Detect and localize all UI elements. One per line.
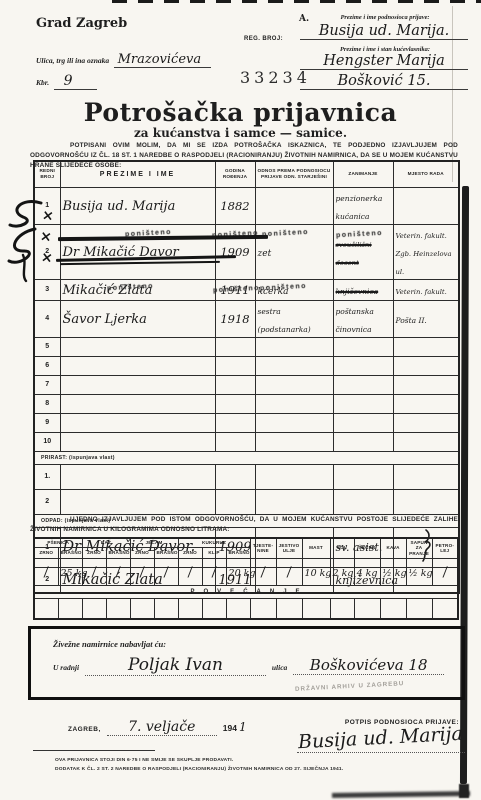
empty-cell: [255, 337, 333, 356]
archive-stamp: DRŽAVNI ARHIV U ZAGREBU: [295, 680, 404, 693]
workplace-cell: Veterin. fakult. Zgb. Heinzelova ul.: [393, 224, 459, 279]
empty-cell: [393, 489, 459, 514]
empty-cell: [393, 337, 459, 356]
col-header-redni-broj: REDNI BROJ: [34, 161, 60, 187]
value-cell: /: [82, 558, 106, 585]
date-handwritten: 7. veljače: [107, 719, 217, 736]
supply-value: /: [211, 564, 217, 579]
supply-value: /: [115, 564, 121, 579]
workplace-cell: [393, 187, 459, 224]
empty-cell: [333, 413, 393, 432]
ulica-label: ulica: [272, 663, 287, 672]
empty-cell: [60, 375, 215, 394]
prirast-section-row: PRIRAST: (ispunjava vlast): [34, 451, 459, 464]
street-value: Mrazovićeva: [114, 52, 212, 68]
empty-cell: [333, 489, 393, 514]
empty-cell: [215, 375, 255, 394]
col-sub-zrno: ZRNO: [34, 547, 58, 558]
col-header-godina: GODINA ROĐENJA: [215, 161, 255, 187]
empty-cell: [255, 375, 333, 394]
col-header-mast: MAST: [302, 538, 330, 558]
occupation-cell: penzionerka kućanica: [333, 187, 393, 224]
empty-cell: [393, 356, 459, 375]
ration-form-page: Grad Zagreb Ulica, trg ili ina oznaka Mr…: [0, 0, 481, 800]
empty-cell: [215, 413, 255, 432]
empty-cell: [58, 598, 82, 619]
empty-cell: [154, 598, 178, 619]
footnote-rule: [33, 750, 155, 751]
u-radnji-label: U radnji: [53, 663, 79, 672]
relation: sestra (podstanarka): [258, 307, 311, 334]
col-sub-zrno: ZRNO: [178, 547, 202, 558]
occupation: književnica: [336, 287, 379, 296]
empty-cell: [255, 356, 333, 375]
supply-value: ½ kg: [383, 568, 407, 579]
year-handwritten: 1: [239, 720, 247, 734]
table-row: 3 Mikačić Zlata poništeno 1911 poništeno…: [34, 279, 459, 300]
col-header-petrolej: PETRO- LEJ: [432, 538, 458, 558]
workplace-cell: Veterin. fakult.: [393, 279, 459, 300]
supply-value: /: [91, 564, 97, 579]
col-header-prezime-ime: PREZIME I IME: [60, 161, 215, 187]
value-cell: 20 kg: [226, 558, 250, 585]
empty-cell: [393, 413, 459, 432]
supply-value: /: [139, 564, 145, 579]
row-number: 9: [34, 413, 60, 432]
empty-cell: [333, 337, 393, 356]
supply-value: 10 kg: [305, 568, 332, 579]
name-cell: Busija ud. Marija: [60, 187, 215, 224]
value-cell: /: [432, 558, 458, 585]
col-group-raz: RAŽ: [82, 538, 130, 547]
birth-year: 1911: [220, 283, 249, 297]
value-cell: 4 kg: [354, 558, 380, 585]
workplace: Pošta II.: [396, 316, 427, 325]
empty-cell: [82, 598, 106, 619]
table-row: 2 Dr Mikačić Davor poništeno 1909 poništ…: [34, 224, 459, 279]
table-row: 1.: [34, 464, 459, 489]
empty-cell: [276, 598, 302, 619]
empty-cell: [333, 464, 393, 489]
occupation-cell: književnica: [333, 279, 393, 300]
name-cell: Dr Mikačić Davor poništeno: [60, 224, 215, 279]
empty-cell: [250, 598, 276, 619]
footnote-regulation: DODATAK K ČL. 2 ST. 2 NAREDBE O RASPODJE…: [55, 765, 420, 774]
empty-cell: [333, 356, 393, 375]
value-cell: /: [154, 558, 178, 585]
person-name: Šavor Ljerka: [63, 312, 147, 327]
year-printed: 194: [223, 723, 237, 733]
value-cell: /: [202, 558, 226, 585]
value-cell: ½ kg: [406, 558, 432, 585]
empty-cell: [215, 394, 255, 413]
table-row: 6: [34, 356, 459, 375]
col-group-jecam: JEČAM: [130, 538, 178, 547]
value-cell: ½ kg: [380, 558, 406, 585]
empty-cell: [215, 489, 255, 514]
empty-cell: [60, 489, 215, 514]
empty-cell: [178, 598, 202, 619]
birth-year: 1882: [220, 199, 249, 213]
year-cell: 1909 poništeno: [215, 224, 255, 279]
occupation-cell: sveučilišni docent poništeno: [333, 224, 393, 279]
supply-value: /: [43, 564, 49, 579]
povecanje-row: POVEĆANJE: [34, 585, 458, 598]
value-cell: /: [130, 558, 154, 585]
empty-cell: [226, 598, 250, 619]
col-header-odnos: ODNOS PREMA PODNOSIOCU PRIJAVE ODN. STAR…: [255, 161, 333, 187]
col-group-psenica: PŠENICA: [34, 538, 82, 547]
empty-cell: [333, 432, 393, 451]
supply-value: 2 kg: [333, 568, 354, 579]
empty-cell: [130, 598, 154, 619]
row-number: 1.: [34, 464, 60, 489]
col-header-sapun: SAPUN ZA PRANJE: [406, 538, 432, 558]
landlord-label: Prezime i ime i stan kućevlasnika:: [305, 46, 465, 53]
occupation: penzionerka kućanica: [336, 194, 383, 221]
row-number: 8: [34, 394, 60, 413]
col-header-kava: KAVA: [380, 538, 406, 558]
empty-cell: [333, 375, 393, 394]
name-cell: Mikačić Zlata poništeno: [60, 279, 215, 300]
empty-cell: [202, 598, 226, 619]
row-number: 6: [34, 356, 60, 375]
col-sub-brasno: BRAŠNO: [106, 547, 130, 558]
relation-cell: sestra (podstanarka): [255, 300, 333, 337]
empty-cell: [60, 356, 215, 375]
shop-declaration-box: Živežne namirnice nabavljat ću: U radnji…: [28, 626, 465, 700]
table-row: 7: [34, 375, 459, 394]
shop-box-line1: Živežne namirnice nabavljat ću:: [53, 639, 166, 649]
margin-annotation-marks: [1, 197, 51, 283]
city-name: Grad Zagreb: [36, 16, 127, 31]
row-number: 2: [34, 489, 60, 514]
col-sub-zrno: ZRNO: [130, 547, 154, 558]
col-header-zanimanje: ZANIMANJE: [333, 161, 393, 187]
landlord-address: Bošković 15.: [300, 73, 468, 90]
row-number: 4: [34, 300, 60, 337]
relation-cell: zet poništeno: [255, 224, 333, 279]
workplace-cell: Pošta II.: [393, 300, 459, 337]
empty-cell: [406, 598, 432, 619]
empty-cell: [393, 432, 459, 451]
value-cell: 10 kg: [302, 558, 330, 585]
applicant-value: Busija ud. Marija.: [300, 23, 468, 40]
empty-cell: [215, 337, 255, 356]
supplies-table: PŠENICA RAŽ JEČAM KUKURUZ TJESTE- NINE J…: [33, 537, 459, 620]
empty-cell: [60, 464, 215, 489]
table-row: 2: [34, 489, 459, 514]
empty-cell: [60, 337, 215, 356]
col-sub-zrno: ZRNO: [82, 547, 106, 558]
value-cell: /: [276, 558, 302, 585]
empty-cell: [393, 394, 459, 413]
supply-value: ½ kg: [409, 568, 433, 579]
col-group-kukuruz: KUKURUZ: [178, 538, 250, 547]
row-number: 10: [34, 432, 60, 451]
kbr-value: 9: [54, 73, 97, 90]
table-row: 9: [34, 413, 459, 432]
empty-cell: [60, 432, 215, 451]
kbr-label: Kbr.: [36, 78, 49, 87]
col-header-mjesto-rada: MJESTO RADA: [393, 161, 459, 187]
supply-value: /: [286, 564, 292, 579]
signature-line: [297, 752, 465, 753]
person-name: Busija ud. Marija: [63, 199, 176, 214]
table-row: 8: [34, 394, 459, 413]
povecanje-label: POVEĆANJE: [34, 585, 458, 598]
table-row: 5: [34, 337, 459, 356]
city-date-label: ZAGREB,: [68, 726, 101, 733]
relation: kćerka: [258, 287, 289, 297]
supplies-intro: UJEDNO IZJAVLJUJEM POD ISTOM ODGOVORNOŠĆ…: [30, 515, 458, 535]
shop-street: Boškovićeva 18: [293, 656, 444, 675]
year-cell: 1918: [215, 300, 255, 337]
value-cell: /: [106, 558, 130, 585]
street-label: Ulica, trg ili ina oznaka: [36, 56, 109, 65]
value-cell: /: [178, 558, 202, 585]
col-sub-klip: KLIP: [202, 547, 226, 558]
table-row: 4 Šavor Ljerka 1918 sestra (podstanarka)…: [34, 300, 459, 337]
landlord-name: Hengster Marija: [300, 53, 468, 70]
row-number: 5: [34, 337, 60, 356]
supplies-empty-row: [34, 598, 458, 619]
occupation-cell: poštanska činovnica: [333, 300, 393, 337]
reg-broj-label: REG. BROJ:: [244, 36, 283, 42]
applicant-label: Prezime i ime podnosioca prijave:: [305, 14, 465, 21]
scan-edge-bottom: [332, 791, 470, 798]
occupation: sveučilišni docent: [336, 241, 372, 267]
person-name: Mikačić Zlata: [63, 283, 153, 298]
shop-name: Poljak Ivan: [85, 655, 266, 676]
col-sub-brasno: BRAŠNO: [154, 547, 178, 558]
empty-cell: [34, 598, 58, 619]
scan-edge-top: [112, 0, 481, 3]
ponisteno-stamp: poništeno: [261, 228, 308, 237]
row-number: 7: [34, 375, 60, 394]
empty-cell: [432, 598, 458, 619]
signature: Busija ud. Marija: [298, 723, 464, 754]
col-header-secer: ŠEĆER: [354, 538, 380, 558]
empty-cell: [380, 598, 406, 619]
empty-cell: [255, 394, 333, 413]
year-cell: 1911 poništeno: [215, 279, 255, 300]
relation-cell: kćerka poništeno: [255, 279, 333, 300]
page-title: Potrošačka prijavnica: [0, 98, 481, 127]
empty-cell: [330, 598, 354, 619]
empty-cell: [393, 375, 459, 394]
empty-cell: [60, 394, 215, 413]
occupation: poštanska činovnica: [336, 307, 374, 334]
year-cell: 1882: [215, 187, 255, 224]
supply-value: /: [187, 564, 193, 579]
table-row: 1 Busija ud. Marija 1882 penzionerka kuć…: [34, 187, 459, 224]
empty-cell: [354, 598, 380, 619]
empty-cell: [215, 356, 255, 375]
empty-cell: [255, 413, 333, 432]
col-sub-brasno: BRAŠNO: [226, 547, 250, 558]
empty-cell: [106, 598, 130, 619]
empty-cell: [393, 464, 459, 489]
empty-cell: [60, 413, 215, 432]
value-cell: 2 kg: [330, 558, 354, 585]
relation-cell: [255, 187, 333, 224]
empty-cell: [255, 464, 333, 489]
empty-cell: [333, 394, 393, 413]
scan-edge-corner: [459, 784, 469, 798]
col-header-sol: SOL: [330, 538, 354, 558]
supply-value: /: [163, 564, 169, 579]
birth-year: 1918: [220, 312, 249, 326]
value-cell: /: [250, 558, 276, 585]
col-sub-brasno: BRAŠNO: [58, 547, 82, 558]
supply-value: 4 kg: [357, 568, 378, 579]
col-header-tjestenine: TJESTE- NINE: [250, 538, 276, 558]
ponisteno-stamp: poništeno: [335, 229, 382, 238]
empty-cell: [302, 598, 330, 619]
supplies-values-row: / 25 kg / / / / / / 20 kg / / 10 kg 2 kg…: [34, 558, 458, 585]
table-row: 10: [34, 432, 459, 451]
empty-cell: [255, 489, 333, 514]
value-cell: 25 kg: [58, 558, 82, 585]
col-header-jestivo-ulje: JESTIVO ULJE: [276, 538, 302, 558]
prirast-label: PRIRAST: (ispunjava vlast): [34, 451, 459, 464]
name-cell: Šavor Ljerka: [60, 300, 215, 337]
supply-value: /: [442, 564, 448, 579]
empty-cell: [215, 432, 255, 451]
empty-cell: [255, 432, 333, 451]
value-cell: /: [34, 558, 58, 585]
relation: zet: [258, 249, 272, 259]
workplace: Veterin. fakult.: [396, 288, 447, 296]
empty-cell: [215, 464, 255, 489]
workplace: Veterin. fakult. Zgb. Heinzelova ul.: [396, 232, 452, 276]
footnote-price: OVA PRIJAVNICA STOJI DIN 6·75 I NE SMIJE…: [55, 756, 420, 765]
supply-value: /: [260, 564, 266, 579]
page-subtitle: za kućanstva i samce — samice.: [0, 126, 481, 140]
